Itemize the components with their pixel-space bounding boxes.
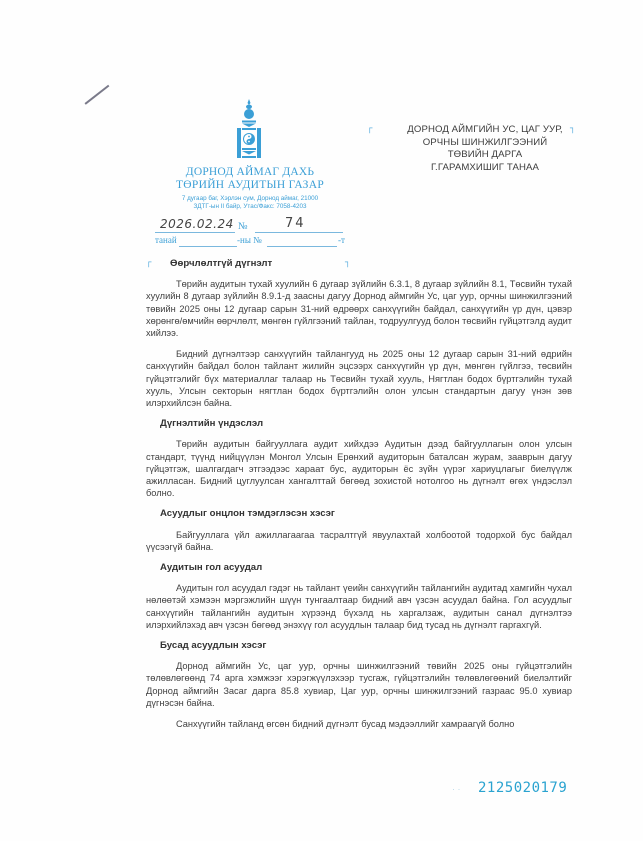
document-code: 2125020179	[478, 780, 567, 796]
paragraph: Дорнод аймгийн Ус, цаг уур, орчны шинжил…	[146, 660, 572, 709]
letter-date: 2026.02.24	[160, 217, 234, 231]
paragraph: Аудитын гол асуудал гэдэг нь тайлант үеи…	[146, 582, 572, 631]
org-address-line2: ЗДТГ-ын II байр, Утас/Факс: 7058-4203	[150, 203, 350, 211]
letterhead-organization: ДОРНОД АЙМАГ ДАХЬ ТӨРИЙН АУДИТЫН ГАЗАР 7…	[150, 166, 350, 211]
ref-underline-2	[267, 246, 337, 247]
org-address-line1: 7 дугаар баг, Хэрлэн сум, Дорнод аймаг, …	[150, 195, 350, 203]
date-underline	[155, 232, 235, 233]
org-name-line2: ТӨРИЙН АУДИТЫН ГАЗАР	[150, 179, 350, 192]
ref-label-mid: -ны №	[237, 235, 262, 245]
pen-mark	[85, 85, 110, 105]
recipient-line: ТӨВИЙН ДАРГА	[385, 149, 585, 162]
org-name-line1: ДОРНОД АЙМАГ ДАХЬ	[150, 166, 350, 179]
recipient-line: ОРЧНЫ ШИНЖИЛГЭЭНИЙ	[385, 137, 585, 150]
document-page: ДОРНОД АЙМАГ ДАХЬ ТӨРИЙН АУДИТЫН ГАЗАР 7…	[0, 0, 643, 841]
paragraph: Байгууллага үйл ажиллагаагаа тасралтгүй …	[146, 529, 572, 553]
audit-opinion-body: Өөрчлөлтгүй дүгнэлт Төрийн аудитын тухай…	[146, 258, 572, 739]
recipient-address: ДОРНОД АЙМГИЙН УС, ЦАГ УУР, ОРЧНЫ ШИНЖИЛ…	[385, 124, 585, 174]
ref-label-end: -т	[338, 235, 345, 245]
ref-underline-1	[179, 246, 237, 247]
soyombo-emblem-icon	[233, 99, 265, 163]
recipient-line: Г.ГАРАМХИШИГ ТАНАА	[385, 162, 585, 175]
paragraph: Төрийн аудитын тухай хуулийн 6 дугаар зү…	[146, 278, 572, 339]
recipient-bracket-left: ┌	[367, 124, 372, 134]
stamp-dots: · ·	[452, 784, 461, 794]
letter-date-number-line: 2026.02.24 № 74	[155, 218, 345, 234]
recipient-line: ДОРНОД АЙМГИЙН УС, ЦАГ УУР,	[385, 124, 585, 137]
reference-line: танай -ны № -т	[155, 235, 345, 249]
number-label: №	[238, 221, 248, 232]
paragraph: Төрийн аудитын байгууллага аудит хийхдээ…	[146, 438, 572, 499]
ref-label-start: танай	[155, 235, 177, 245]
section-heading-key-audit-matters: Аудитын гол асуудал	[146, 562, 572, 574]
section-heading-emphasis-of-matter: Асуудлыг онцлон тэмдэглэсэн хэсэг	[146, 508, 572, 520]
number-underline	[255, 232, 343, 233]
section-heading-other-matters: Бусад асуудлын хэсэг	[146, 640, 572, 652]
paragraph: Санхүүгийн тайланд өгсөн бидний дүгнэлт …	[146, 718, 572, 730]
letter-number: 74	[285, 216, 306, 231]
section-heading-basis-for-opinion: Дүгнэлтийн үндэслэл	[146, 418, 572, 430]
section-heading-unmodified-opinion: Өөрчлөлтгүй дүгнэлт	[146, 258, 572, 270]
paragraph: Бидний дүгнэлтээр санхүүгийн тайлангууд …	[146, 348, 572, 409]
